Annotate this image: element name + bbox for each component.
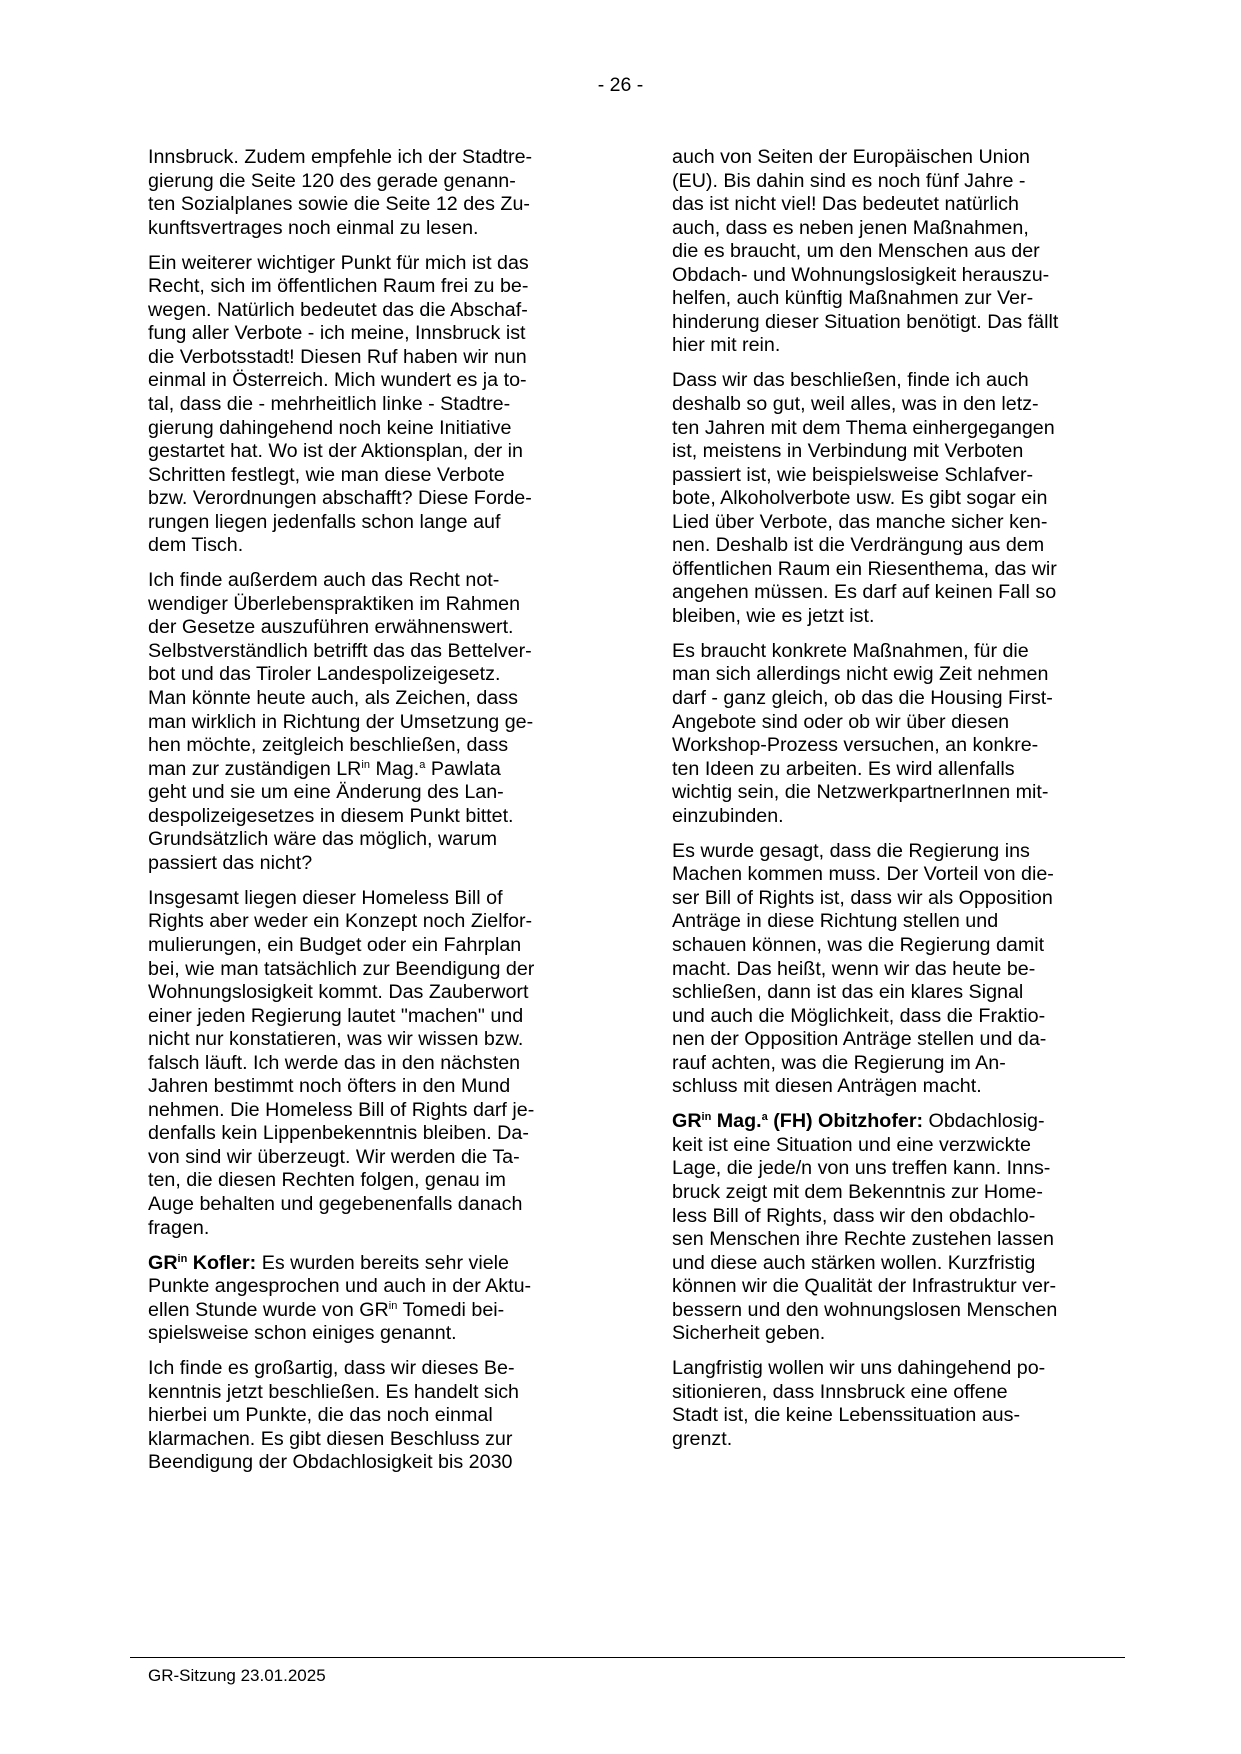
text-line: ten Jahren mit dem Thema einhergegangen [672, 417, 1122, 441]
text-line: Grundsätzlich wäre das möglich, warum [148, 828, 598, 852]
text-line: Obdach- und Wohnungslosigkeit herauszu- [672, 264, 1122, 288]
text-line: einmal in Österreich. Mich wundert es ja… [148, 369, 598, 393]
text-line: nen der Opposition Anträge stellen und d… [672, 1028, 1122, 1052]
superscript: in [702, 1111, 712, 1123]
text-line: dem Tisch. [148, 534, 598, 558]
text-line: die es braucht, um den Menschen aus der [672, 240, 1122, 264]
text-line: Langfristig wollen wir uns dahingehend p… [672, 1357, 1122, 1381]
text-line: falsch läuft. Ich werde das in den nächs… [148, 1052, 598, 1076]
text-line: fragen. [148, 1217, 598, 1241]
text-line: macht. Das heißt, wenn wir das heute be- [672, 958, 1122, 982]
text-line: von sind wir überzeugt. Wir werden die T… [148, 1146, 598, 1170]
page-number: - 26 - [0, 73, 1241, 97]
text-line: Punkte angesprochen und auch in der Aktu… [148, 1275, 598, 1299]
text-line: ist, meistens in Verbindung mit Verboten [672, 440, 1122, 464]
text-line: despolizeigesetzes in diesem Punkt bitte… [148, 805, 598, 829]
text-line: man sich allerdings nicht ewig Zeit nehm… [672, 663, 1122, 687]
text-line: denfalls kein Lippenbekenntnis bleiben. … [148, 1122, 598, 1146]
paragraph: Langfristig wollen wir uns dahingehend p… [672, 1357, 1122, 1451]
text-line: Ich finde außerdem auch das Recht not- [148, 569, 598, 593]
paragraph: Es braucht konkrete Maßnahmen, für die m… [672, 640, 1122, 828]
speaker-surname: (FH) Obitzhofer: [768, 1110, 923, 1132]
text-line: Selbstverständlich betrifft das das Bett… [148, 640, 598, 664]
footer-divider [130, 1657, 1125, 1658]
text-line: bleiben, wie es jetzt ist. [672, 605, 1122, 629]
text-line: Workshop-Prozess versuchen, an konkre- [672, 734, 1122, 758]
text-line: und diese auch stärken wollen. Kurzfrist… [672, 1252, 1122, 1276]
text-fragment: ellen Stunde wurde von GR [148, 1299, 389, 1321]
text-line: schluss mit diesen Anträgen macht. [672, 1075, 1122, 1099]
text-line: Anträge in diese Richtung stellen und [672, 910, 1122, 934]
text-line: Auge behalten und gegebenenfalls danach [148, 1193, 598, 1217]
footer-session-date: GR-Sitzung 23.01.2025 [148, 1665, 326, 1687]
text-line: gierung dahingehend noch keine Initiativ… [148, 417, 598, 441]
text-line: GRin Mag.a (FH) Obitzhofer: Obdachlosig- [672, 1110, 1122, 1134]
text-fragment: Mag. [370, 758, 419, 780]
text-line: bessern und den wohnungslosen Menschen [672, 1299, 1122, 1323]
text-line: Machen kommen muss. Der Vorteil von die- [672, 863, 1122, 887]
text-line: schauen können, was die Regierung damit [672, 934, 1122, 958]
text-line: Lage, die jede/n von uns treffen kann. I… [672, 1157, 1122, 1181]
text-line: schließen, dann ist das ein klares Signa… [672, 981, 1122, 1005]
text-line: gierung die Seite 120 des gerade genann- [148, 170, 598, 194]
text-line: Man könnte heute auch, als Zeichen, dass [148, 687, 598, 711]
text-line: Dass wir das beschließen, finde ich auch [672, 369, 1122, 393]
paragraph: Ein weiterer wichtiger Punkt für mich is… [148, 252, 598, 558]
text-line: klarmachen. Es gibt diesen Beschluss zur [148, 1428, 598, 1452]
paragraph: Es wurde gesagt, dass die Regierung ins … [672, 840, 1122, 1099]
text-line: und auch die Möglichkeit, dass die Frakt… [672, 1005, 1122, 1029]
text-line: sitionieren, dass Innsbruck eine offene [672, 1381, 1122, 1405]
text-line: Es braucht konkrete Maßnahmen, für die [672, 640, 1122, 664]
paragraph: auch von Seiten der Europäischen Union (… [672, 146, 1122, 358]
text-line: deshalb so gut, weil alles, was in den l… [672, 393, 1122, 417]
text-line: sen Menschen ihre Rechte zustehen lassen [672, 1228, 1122, 1252]
text-line: man wirklich in Richtung der Umsetzung g… [148, 711, 598, 735]
text-line: hier mit rein. [672, 334, 1122, 358]
text-line: bote, Alkoholverbote usw. Es gibt sogar … [672, 487, 1122, 511]
text-line: einer jeden Regierung lautet "machen" un… [148, 1005, 598, 1029]
text-line: kunftsvertrages noch einmal zu lesen. [148, 217, 598, 241]
text-line: einzubinden. [672, 805, 1122, 829]
paragraph: Innsbruck. Zudem empfehle ich der Stadtr… [148, 146, 598, 240]
text-line: der Gesetze auszuführen erwähnenswert. [148, 616, 598, 640]
speaker-surname: Kofler: [187, 1252, 256, 1274]
text-line: tal, dass die - mehrheitlich linke - Sta… [148, 393, 598, 417]
text-line: Jahren bestimmt noch öfters in den Mund [148, 1075, 598, 1099]
text-line: das ist nicht viel! Das bedeutet natürli… [672, 193, 1122, 217]
text-line: öffentlichen Raum ein Riesenthema, das w… [672, 558, 1122, 582]
speaker-title: GR [148, 1252, 178, 1274]
right-column: auch von Seiten der Europäischen Union (… [672, 146, 1122, 1463]
text-line: bzw. Verordnungen abschafft? Diese Forde… [148, 487, 598, 511]
text-line: bruck zeigt mit dem Bekenntnis zur Home- [672, 1181, 1122, 1205]
text-line: mulierungen, ein Budget oder ein Fahrpla… [148, 934, 598, 958]
text-line: bei, wie man tatsächlich zur Beendigung … [148, 958, 598, 982]
text-fragment: Es wurden bereits sehr viele [256, 1252, 509, 1274]
superscript: in [178, 1253, 188, 1265]
text-line: Recht, sich im öffentlichen Raum frei zu… [148, 275, 598, 299]
text-line: bot und das Tiroler Landespolizeigesetz. [148, 663, 598, 687]
text-line: rauf achten, was die Regierung im An- [672, 1052, 1122, 1076]
text-line: Lied über Verbote, das manche sicher ken… [672, 511, 1122, 535]
text-line: auch von Seiten der Europäischen Union [672, 146, 1122, 170]
text-line: Beendigung der Obdachlosigkeit bis 2030 [148, 1451, 598, 1475]
text-line: Innsbruck. Zudem empfehle ich der Stadtr… [148, 146, 598, 170]
text-fragment: Obdachlosig- [923, 1110, 1044, 1132]
text-line: hen möchte, zeitgleich beschließen, dass [148, 734, 598, 758]
text-line: gestartet hat. Wo ist der Aktionsplan, d… [148, 440, 598, 464]
text-line: ser Bill of Rights ist, dass wir als Opp… [672, 887, 1122, 911]
speaker-name: GRin Mag.a (FH) Obitzhofer: [672, 1110, 923, 1132]
superscript: in [361, 759, 370, 771]
text-line: darf - ganz gleich, ob das die Housing F… [672, 687, 1122, 711]
text-line: ten, die diesen Rechten folgen, genau im [148, 1169, 598, 1193]
text-line: nicht nur konstatieren, was wir wissen b… [148, 1028, 598, 1052]
text-line: kenntnis jetzt beschließen. Es handelt s… [148, 1381, 598, 1405]
speaker-degree: Mag. [711, 1110, 761, 1132]
text-line: hierbei um Punkte, die das noch einmal [148, 1404, 598, 1428]
text-line: grenzt. [672, 1428, 1122, 1452]
text-fragment: Tomedi bei- [397, 1299, 504, 1321]
text-fragment: Pawlata [425, 758, 501, 780]
text-line: Ich finde es großartig, dass wir dieses … [148, 1357, 598, 1381]
speaker-title: GR [672, 1110, 702, 1132]
text-line: wichtig sein, die NetzwerkpartnerInnen m… [672, 781, 1122, 805]
text-line: rungen liegen jedenfalls schon lange auf [148, 511, 598, 535]
text-line: hinderung dieser Situation benötigt. Das… [672, 311, 1122, 335]
text-line: helfen, auch künftig Maßnahmen zur Ver- [672, 287, 1122, 311]
text-line: GRin Kofler: Es wurden bereits sehr viel… [148, 1252, 598, 1276]
speaker-name: GRin Kofler: [148, 1252, 256, 1274]
paragraph: Dass wir das beschließen, finde ich auch… [672, 369, 1122, 628]
text-line: wendiger Überlebenspraktiken im Rahmen [148, 593, 598, 617]
text-line: Angebote sind oder ob wir über diesen [672, 711, 1122, 735]
text-line: die Verbotsstadt! Diesen Ruf haben wir n… [148, 346, 598, 370]
text-line: keit ist eine Situation und eine verzwic… [672, 1134, 1122, 1158]
text-line: wegen. Natürlich bedeutet das die Abscha… [148, 299, 598, 323]
text-line: fung aller Verbote - ich meine, Innsbruc… [148, 322, 598, 346]
text-line: nehmen. Die Homeless Bill of Rights darf… [148, 1099, 598, 1123]
text-line: ellen Stunde wurde von GRin Tomedi bei- [148, 1299, 598, 1323]
text-line: (EU). Bis dahin sind es noch fünf Jahre … [672, 170, 1122, 194]
left-column: Innsbruck. Zudem empfehle ich der Stadtr… [148, 146, 598, 1487]
text-line: ten Sozialplanes sowie die Seite 12 des … [148, 193, 598, 217]
text-line: geht und sie um eine Änderung des Lan- [148, 781, 598, 805]
paragraph: Ich finde es großartig, dass wir dieses … [148, 1357, 598, 1475]
text-line: Insgesamt liegen dieser Homeless Bill of [148, 887, 598, 911]
text-line: less Bill of Rights, dass wir den obdach… [672, 1205, 1122, 1229]
text-line: Ein weiterer wichtiger Punkt für mich is… [148, 252, 598, 276]
text-line: Schritten festlegt, wie man diese Verbot… [148, 464, 598, 488]
text-line: können wir die Qualität der Infrastruktu… [672, 1275, 1122, 1299]
speaker-paragraph: GRin Kofler: Es wurden bereits sehr viel… [148, 1252, 598, 1346]
text-line: Wohnungslosigkeit kommt. Das Zauberwort [148, 981, 598, 1005]
text-line: man zur zuständigen LRin Mag.a Pawlata [148, 758, 598, 782]
text-line: angehen müssen. Es darf auf keinen Fall … [672, 581, 1122, 605]
text-line: Sicherheit geben. [672, 1322, 1122, 1346]
speaker-paragraph: GRin Mag.a (FH) Obitzhofer: Obdachlosig-… [672, 1110, 1122, 1345]
paragraph: Ich finde außerdem auch das Recht not- w… [148, 569, 598, 875]
text-line: ten Ideen zu arbeiten. Es wird allenfall… [672, 758, 1122, 782]
text-line: auch, dass es neben jenen Maßnahmen, [672, 217, 1122, 241]
text-line: nen. Deshalb ist die Verdrängung aus dem [672, 534, 1122, 558]
text-line: spielsweise schon einiges genannt. [148, 1322, 598, 1346]
paragraph: Insgesamt liegen dieser Homeless Bill of… [148, 887, 598, 1240]
text-line: Rights aber weder ein Konzept noch Zielf… [148, 910, 598, 934]
text-line: Stadt ist, die keine Lebenssituation aus… [672, 1404, 1122, 1428]
text-line: passiert das nicht? [148, 852, 598, 876]
text-line: Es wurde gesagt, dass die Regierung ins [672, 840, 1122, 864]
text-line: passiert ist, wie beispielsweise Schlafv… [672, 464, 1122, 488]
text-fragment: man zur zuständigen LR [148, 758, 361, 780]
